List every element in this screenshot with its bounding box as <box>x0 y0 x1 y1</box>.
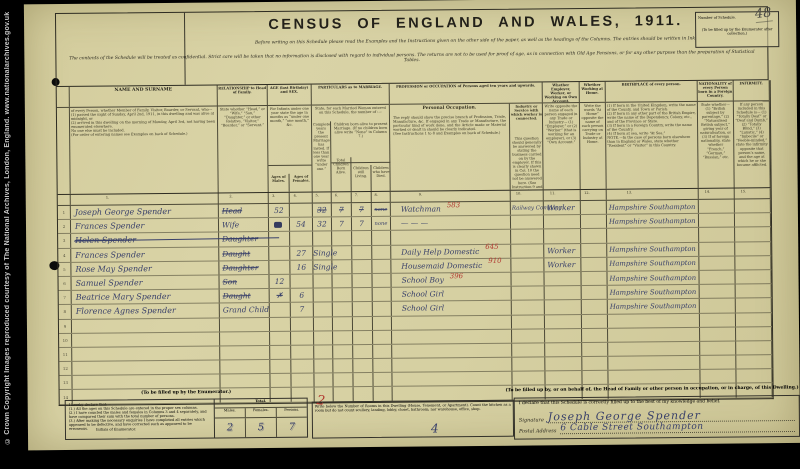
handwritten-yrs: Single <box>313 262 331 271</box>
column-number: 14. <box>699 189 735 199</box>
handwritten-name: Frances Spender <box>71 221 144 231</box>
col-infirmity-header: INFIRMITY. <box>734 80 770 100</box>
cell-age_f: 7 <box>291 303 314 316</box>
cell-n: 7 <box>59 291 72 304</box>
cell-age_f <box>291 345 314 358</box>
col-profession-header: PROFESSION or OCCUPATION of Persons aged… <box>390 82 543 103</box>
cell-age_m: 12 <box>269 275 290 288</box>
cell-died <box>373 302 392 315</box>
handwritten-age_f: 27 <box>290 248 312 257</box>
cell-nationality <box>700 341 736 355</box>
cell-employer: Worker <box>544 258 581 272</box>
totals-header: Females. <box>246 408 277 417</box>
cell-industry <box>512 372 545 386</box>
cell-industry <box>511 258 544 272</box>
cell-rel: Grand Child <box>220 303 270 317</box>
postal-address-value: 6 Cable Street Southampton <box>560 422 795 434</box>
cell-n: 12 <box>59 362 72 375</box>
cell-yrs <box>314 345 333 358</box>
cell-born <box>333 359 353 372</box>
cell-age_f: 6 <box>291 289 314 302</box>
cell-occ: Housemaid Domestic910 <box>391 258 511 272</box>
cell-infirmity <box>735 256 771 270</box>
handwritten-occ: School Girl <box>392 304 444 314</box>
cell-industry <box>511 230 544 244</box>
cell-employer <box>544 229 581 243</box>
cell-employer: Worker <box>544 201 581 215</box>
cell-died <box>373 331 392 344</box>
col-birthplace-header: BIRTHPLACE of every person. <box>606 81 698 102</box>
cell-rel: Son <box>219 275 269 289</box>
handwritten-occ: — — — <box>391 219 428 228</box>
cell-rel <box>220 360 270 374</box>
handwritten-rel: Daught <box>220 291 251 300</box>
cell-name: Frances Spender <box>71 247 219 262</box>
handwritten-birthplace: Hampshire Southampton <box>607 245 696 254</box>
column-number: 12. <box>581 190 607 200</box>
cell-name: Rose May Spender <box>71 261 219 276</box>
handwritten-name: Beatrice Mary Spender <box>72 292 171 302</box>
handwritten-age_m: ✗ <box>270 291 290 300</box>
handwritten-name: Joseph George Spender <box>71 207 171 217</box>
cell-industry <box>512 286 545 300</box>
cell-employer <box>545 357 582 371</box>
cell-employer: Worker <box>544 244 581 258</box>
cell-home <box>582 357 608 370</box>
label-children-born: Total Children Born Alive. <box>331 157 351 191</box>
schedule-number-note: (To be filled up by the Enumerator after… <box>698 27 776 46</box>
handwritten-rel: Son <box>220 277 238 286</box>
handwritten-born: 7 <box>332 205 351 214</box>
totals-header: Persons. <box>277 408 307 417</box>
cell-infirmity <box>735 228 771 242</box>
enumerator-initials: Initials of Enumerator. Jw <box>96 426 214 436</box>
cell-employer <box>545 371 582 385</box>
cell-employer <box>544 215 581 229</box>
handwritten-birthplace: Hampshire Southampton <box>607 273 696 282</box>
schedule-number-label: Number of Schedule. <box>698 15 750 25</box>
occupation-code-red: 910 <box>488 257 501 265</box>
column-number: 11. <box>544 190 581 200</box>
cell-yrs: 32 <box>313 203 332 216</box>
cell-rel <box>220 374 270 388</box>
cell-occ: — — — <box>391 216 511 230</box>
desc-employer: Write opposite the name of each person e… <box>543 103 581 189</box>
totals-value: 7 <box>277 418 307 437</box>
cell-living <box>353 317 373 330</box>
postal-address-label: Postal Address <box>519 428 556 434</box>
cell-age_f <box>291 374 314 387</box>
cell-birthplace: Hampshire Southampton <box>607 242 699 256</box>
cell-occ: School Girl <box>392 301 512 315</box>
handwritten-age_m <box>274 222 282 228</box>
cell-nationality <box>699 228 735 242</box>
cell-age_f <box>291 331 314 344</box>
cell-industry <box>512 343 545 357</box>
cell-industry <box>512 357 545 371</box>
cell-infirmity <box>736 313 772 327</box>
cell-born <box>333 331 353 344</box>
cell-rel: Daught <box>219 247 269 261</box>
enumerator-declaration: I hereby declare that:— (1.) All the age… <box>66 400 214 439</box>
cell-living <box>352 246 372 259</box>
handwritten-occ: School Girl <box>392 290 444 300</box>
occupation-code-red: 645 <box>485 243 498 251</box>
cell-home <box>582 300 608 313</box>
handwritten-occ: Housemaid Domestic <box>391 261 482 271</box>
cell-age_m: 52 <box>269 204 290 217</box>
cell-living <box>353 331 373 344</box>
cell-died <box>373 345 392 358</box>
cell-birthplace <box>608 356 700 370</box>
cell-birthplace: Hampshire Southampton <box>608 299 700 313</box>
rooms-count-value: 4 <box>431 421 439 435</box>
cell-age_m <box>270 374 291 387</box>
cell-rel: Wife <box>219 218 269 232</box>
handwritten-rel: Daught <box>219 249 250 258</box>
cell-rel: Daughter <box>219 261 269 275</box>
cell-home <box>581 258 607 271</box>
cell-name: Helen Spender <box>71 233 219 248</box>
cell-born <box>332 232 352 245</box>
cell-born <box>333 288 353 301</box>
cell-rel: Daughter <box>219 232 269 246</box>
cell-died <box>372 231 391 244</box>
cell-industry <box>511 272 544 286</box>
cell-industry <box>512 329 545 343</box>
cell-employer <box>545 343 582 357</box>
cell-occ: Watchman583 <box>391 202 511 216</box>
col-athome-header: Whether Working at Home. <box>580 82 606 102</box>
desc-profession-group: Personal Occupation. The reply should sh… <box>390 103 544 190</box>
cell-name: Beatrice Mary Spender <box>72 290 220 305</box>
handwritten-birthplace: Hampshire Southampton <box>607 217 696 226</box>
cell-age_m <box>270 303 291 316</box>
handwritten-name: Helen Spender <box>71 236 136 246</box>
col-employer-header: Whether Employer, Worker, or Working on … <box>543 82 580 102</box>
cell-nationality <box>699 200 735 214</box>
cell-rel <box>220 317 270 331</box>
handwritten-age_f: 7 <box>291 305 313 314</box>
cell-age_f <box>290 232 313 245</box>
cell-birthplace: Hampshire Southampton <box>607 257 699 271</box>
desc-name: of every Person, whether Member of Famil… <box>70 106 219 193</box>
totals-table: Total. Males.Females.Persons. 257 <box>214 399 307 438</box>
cell-industry <box>512 301 545 315</box>
cell-occ: School Boy396 <box>391 273 511 287</box>
cell-born <box>333 317 353 330</box>
handwritten-died: none <box>372 221 390 227</box>
cell-age_m <box>270 331 291 344</box>
column-number: 1. <box>71 193 219 204</box>
cell-living: 7 <box>352 203 372 216</box>
handwritten-employer: Worker <box>544 203 575 212</box>
col-nationality-header: NATIONALITY of every Person born in a Fo… <box>698 81 734 101</box>
cell-living <box>353 373 373 386</box>
desc-age: For Infants under one year state the age… <box>268 106 312 165</box>
cell-n: 1 <box>58 206 71 219</box>
cell-n: 9 <box>59 319 72 332</box>
cell-home <box>581 201 607 214</box>
cell-died: none <box>372 203 391 216</box>
cell-industry <box>511 244 544 258</box>
cell-home <box>582 343 608 356</box>
cell-birthplace: Hampshire Southampton <box>607 214 699 228</box>
label-ages-males: Ages of Males. <box>269 174 290 192</box>
cell-rel: Daught <box>220 289 270 303</box>
cell-died <box>372 274 391 287</box>
handwritten-occ: School Boy <box>391 275 443 285</box>
cell-employer <box>545 315 582 329</box>
cell-birthplace: Hampshire Southampton <box>607 200 699 214</box>
cell-name <box>72 361 220 376</box>
cell-nationality <box>699 256 735 270</box>
cell-occ <box>392 315 512 329</box>
handwritten-rel: Daughter <box>219 235 258 244</box>
col-name-header: NAME AND SURNAME <box>70 85 218 106</box>
cell-living: 7 <box>352 217 372 230</box>
cell-age_m <box>269 218 290 231</box>
cell-name: Florence Agnes Spender <box>72 304 220 319</box>
cell-living <box>352 274 372 287</box>
cell-age_m <box>270 360 291 373</box>
col-age-header: AGE (last Birthday) and SEX. <box>268 85 312 105</box>
column-number: 3. <box>269 193 290 203</box>
col-marriage-header: PARTICULARS as to MARRIAGE. <box>312 84 390 105</box>
cell-n: 3 <box>58 234 71 247</box>
column-number: 6. <box>332 192 352 202</box>
cell-died: none <box>372 217 391 230</box>
handwritten-rel: Head <box>219 206 242 215</box>
cell-name: Frances Spender <box>71 219 219 234</box>
cell-yrs: Single <box>313 260 332 273</box>
cell-age_m <box>269 232 290 245</box>
handwritten-age_m: 52 <box>269 206 289 215</box>
handwritten-employer: Worker <box>544 260 575 269</box>
handwritten-age_m: 12 <box>270 277 290 286</box>
schedule-number-box: Number of Schedule. (To be filled up by … <box>695 11 779 48</box>
column-number: 15. <box>735 188 771 198</box>
cell-yrs <box>314 289 333 302</box>
cell-occ <box>392 358 512 372</box>
handwritten-living: 7 <box>352 219 371 228</box>
cell-n: 13 <box>59 376 72 389</box>
cell-birthplace <box>608 342 700 356</box>
cell-home <box>581 215 607 228</box>
cell-infirmity <box>735 242 771 256</box>
cell-nationality <box>700 370 736 384</box>
desc-marriage-subtitle: State, for each Married Woman entered on… <box>312 105 389 122</box>
occupation-code-red: 396 <box>450 272 463 280</box>
handwritten-birthplace: Hampshire Southampton <box>608 288 697 297</box>
cell-living <box>353 359 373 372</box>
column-number: 5. <box>313 192 332 202</box>
cell-yrs <box>314 331 333 344</box>
cell-industry: Railway Company <box>511 201 544 215</box>
desc-marriage-group: State, for each Married Woman entered on… <box>312 105 391 192</box>
handwritten-died: none <box>372 206 390 212</box>
cell-employer <box>545 300 582 314</box>
label-ages-females: Ages of Females. <box>290 173 313 191</box>
enumerator-caption: (To be filled up by the Enumerator.) <box>65 389 308 398</box>
cell-name <box>72 318 220 333</box>
cell-nationality <box>699 270 735 284</box>
cell-living <box>353 345 373 358</box>
cell-home <box>581 272 607 285</box>
handwritten-rel: Wife <box>219 221 239 230</box>
column-number: 4. <box>290 193 313 203</box>
cell-born: 7 <box>332 217 352 230</box>
handwritten-yrs: 32 <box>313 206 331 215</box>
cell-n: 11 <box>59 348 72 361</box>
cell-name: Joseph George Spender <box>71 204 219 219</box>
cell-home <box>581 229 607 242</box>
form-header: CENSUS OF ENGLAND AND WALES, 1911. Befor… <box>55 6 769 87</box>
desc-infirmity: If any person included in this Schedule … <box>734 101 771 187</box>
cell-home <box>581 243 607 256</box>
enumerator-box: I hereby declare that:— (1.) All the age… <box>65 398 308 440</box>
cell-nationality <box>699 242 735 256</box>
handwritten-rel: Daughter <box>219 263 258 272</box>
cell-age_f: 54 <box>290 218 313 231</box>
cell-born <box>332 274 352 287</box>
cell-infirmity <box>736 341 772 355</box>
desc-relationship: State whether “Head,” or “Wife,” “Son,” … <box>218 106 269 192</box>
cell-yrs: Single <box>313 246 332 259</box>
signature-label: Signature <box>519 417 544 423</box>
handwritten-employer: Worker <box>544 246 575 255</box>
cell-birthplace <box>608 328 700 342</box>
cell-occ <box>392 329 512 343</box>
cell-name <box>72 346 220 361</box>
cell-name <box>72 375 220 390</box>
cell-n: 2 <box>58 220 71 233</box>
cell-yrs <box>313 232 332 245</box>
column-number: 8. <box>372 192 391 202</box>
column-number: 7. <box>352 192 372 202</box>
col-relationship-header: RELATIONSHIP to Head of Family. <box>218 85 268 105</box>
cell-died <box>373 288 392 301</box>
cell-home <box>582 328 608 341</box>
cell-age_f <box>291 317 314 330</box>
cell-born <box>333 303 353 316</box>
handwritten-birthplace: Hampshire Southampton <box>607 203 696 212</box>
occupation-code-red: 583 <box>447 201 460 209</box>
cell-yrs <box>314 374 333 387</box>
handwritten-birthplace: Hampshire Southampton <box>607 259 696 268</box>
cell-n: 10 <box>59 334 72 347</box>
cell-home <box>582 286 608 299</box>
handwritten-occ: Watchman <box>391 204 441 213</box>
desc-birthplace: (1) If born in the United Kingdom, write… <box>606 102 699 189</box>
column-description-band: of every Person, whether Member of Famil… <box>57 101 771 195</box>
cell-living <box>352 260 372 273</box>
census-table: NAME AND SURNAME RELATIONSHIP to Head of… <box>56 80 774 405</box>
cell-died <box>372 245 391 258</box>
cell-age_f <box>290 275 313 288</box>
handwritten-age_f: 16 <box>290 262 312 271</box>
cell-age_m <box>269 261 290 274</box>
handwritten-name: Samuel Spender <box>72 278 143 288</box>
page-title: CENSUS OF ENGLAND AND WALES, 1911. <box>184 12 767 34</box>
schedule-number-value: 48 <box>755 5 773 23</box>
cell-industry <box>511 216 544 230</box>
desc-nationality: State whether— (1) “British subject by p… <box>698 102 735 188</box>
cell-name <box>72 332 220 347</box>
cell-occ <box>392 344 512 358</box>
column-number: 13. <box>607 189 699 200</box>
cell-industry <box>512 315 545 329</box>
instruction-line-2: The contents of the Schedule will be tre… <box>64 49 759 82</box>
handwritten-occ: Daily Help Domestic <box>391 247 479 257</box>
handwritten-name: Florence Agnes Spender <box>72 306 176 316</box>
cell-infirmity <box>735 270 771 284</box>
cell-died <box>373 359 392 372</box>
cell-died <box>372 260 391 273</box>
col-rownum-header <box>57 87 70 107</box>
handwritten-yrs: 32 <box>313 220 331 229</box>
cell-age_m <box>270 346 291 359</box>
cell-employer <box>544 272 581 286</box>
cell-infirmity <box>735 213 771 227</box>
cell-rel: Head <box>219 204 269 218</box>
cell-yrs <box>314 317 333 330</box>
cell-living <box>352 231 372 244</box>
cell-rel <box>220 346 270 360</box>
desc-athome: Write the words “At Home” opposite the n… <box>580 103 607 189</box>
cell-name: Samuel Spender <box>71 275 219 290</box>
label-children-living: Children still Living. <box>351 165 371 191</box>
cell-n: 5 <box>58 263 71 276</box>
handwritten-age_f: 54 <box>290 220 312 229</box>
cell-employer <box>545 286 582 300</box>
cell-died <box>373 373 392 386</box>
handwritten-yrs: Single <box>313 248 331 257</box>
cell-occ: School Girl <box>392 287 512 301</box>
cell-age_f <box>290 204 313 217</box>
totals-header: Males. <box>215 408 246 417</box>
declaration-box: I declare that this Schedule is correctl… <box>514 395 800 440</box>
cell-died <box>373 316 392 329</box>
totals-value: 5 <box>246 418 277 437</box>
cell-nationality <box>700 285 736 299</box>
cell-age_f: 16 <box>290 260 313 273</box>
cell-n: 8 <box>59 305 72 318</box>
handwritten-rel: Grand Child <box>220 305 269 314</box>
copyright-strip: © Crown Copyright Images reproduced cour… <box>2 2 24 454</box>
cell-nationality <box>700 299 736 313</box>
table-rows: 1Joseph George SpenderHead523277noneWatc… <box>58 199 773 404</box>
cell-yrs <box>314 303 333 316</box>
desc-years-married: Completed years the present Marriage has… <box>312 121 332 191</box>
cell-birthplace <box>608 370 700 384</box>
cell-nationality <box>700 313 736 327</box>
desc-personal-occupation: Personal Occupation. The reply should sh… <box>390 104 511 191</box>
cell-born <box>333 373 353 386</box>
head-of-family-caption: (To be filled up by, or on behalf of, th… <box>359 385 799 396</box>
desc-age-group: For Infants under one year state the age… <box>268 106 313 192</box>
handwritten-birthplace: Hampshire Southampton <box>608 302 697 311</box>
totals-value: 2 <box>215 418 246 437</box>
cell-infirmity <box>736 369 772 383</box>
cell-n: 4 <box>58 248 71 261</box>
cell-nationality <box>700 327 736 341</box>
cell-infirmity <box>736 284 772 298</box>
cell-age_m <box>269 246 290 259</box>
cell-rel <box>220 332 270 346</box>
cell-home <box>582 371 608 384</box>
cell-age_m: ✗ <box>270 289 291 302</box>
